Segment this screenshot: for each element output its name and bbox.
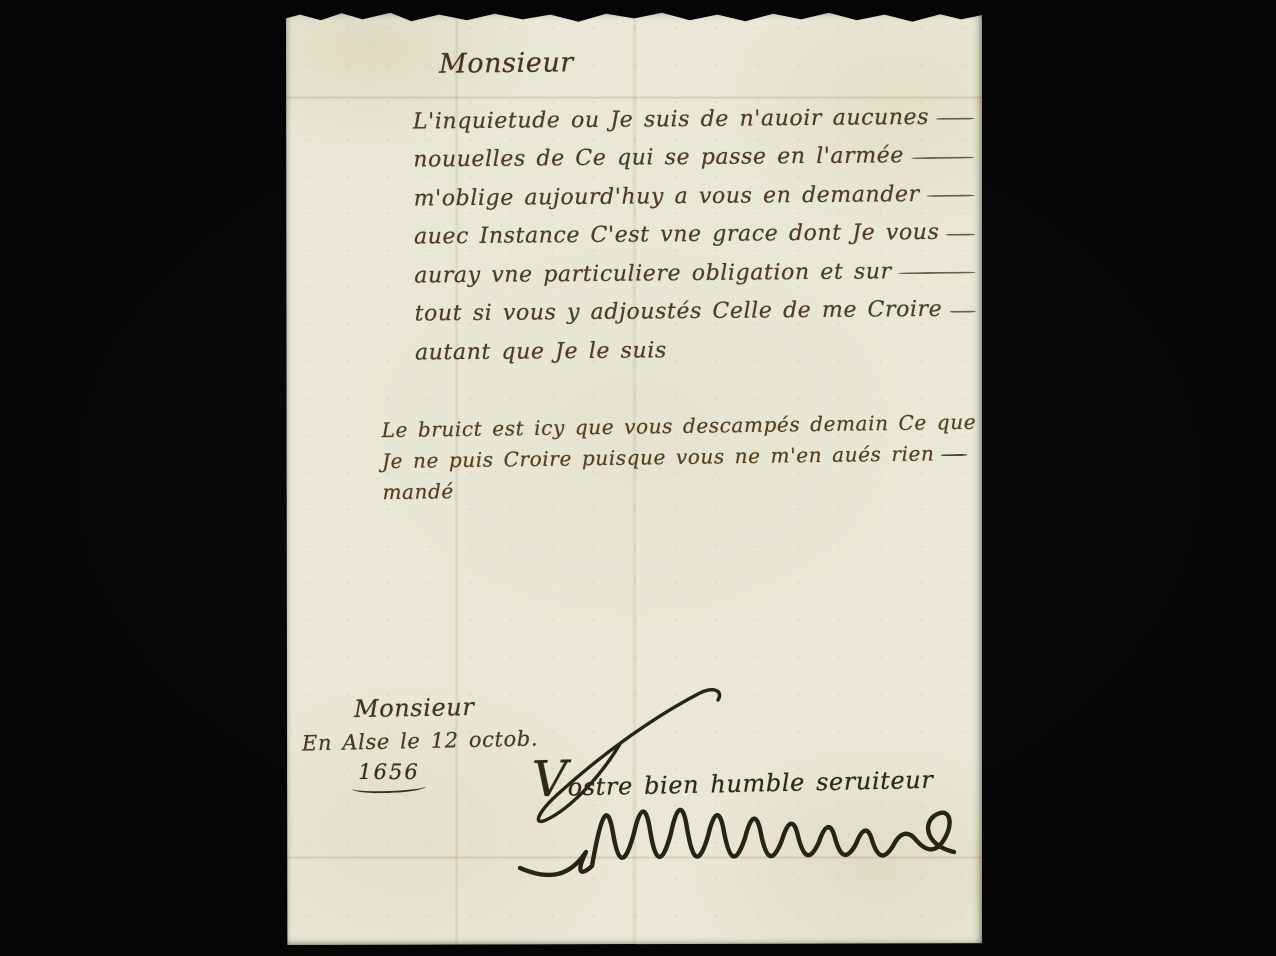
- line-filler-dash: [899, 272, 976, 275]
- body-line: auec Instance C'est vne grace dont Je vo…: [414, 213, 976, 256]
- body-line: tout si vous y adjoustés Celle de me Cro…: [415, 290, 977, 333]
- inside-address: Monsieur: [354, 693, 475, 723]
- postscript-line-text: Je ne puis Croire puisque vous ne m'en a…: [382, 441, 935, 473]
- line-filler-dash: [927, 195, 975, 198]
- line-filler-dash: [946, 233, 975, 235]
- body-line-text: auray vne particuliere obligation et sur: [414, 259, 892, 288]
- salutation: Monsieur: [439, 47, 574, 79]
- body-line-text: m'oblige aujourd'huy a vous en demander: [414, 182, 920, 211]
- signature-flourish: [514, 778, 966, 886]
- line-filler-dash: [936, 118, 974, 120]
- line-filler-dash: [941, 453, 967, 455]
- body-line: m'oblige aujourd'huy a vous en demander: [414, 175, 976, 218]
- letter-postscript-paragraph: Le bruict est icy que vous descampés dem…: [381, 406, 968, 507]
- body-line-text: nouuelles de Ce qui se passe en l'armée: [413, 143, 904, 172]
- letter-paper: Monsieur L'inquietude ou Je suis de n'au…: [286, 10, 982, 945]
- body-line-text: auec Instance C'est vne grace dont Je vo…: [414, 220, 940, 250]
- body-line: nouuelles de Ce qui se passe en l'armée: [413, 136, 975, 179]
- line-filler-dash: [911, 156, 974, 159]
- year-block: 1656: [352, 760, 426, 793]
- body-line-text: L'inquietude ou Je suis de n'auoir aucun…: [413, 105, 929, 135]
- postscript-line-text: mandé: [382, 479, 454, 504]
- body-line: autant que Je le suis: [415, 329, 977, 372]
- body-line-text: tout si vous y adjoustés Celle de me Cro…: [415, 297, 943, 327]
- letter-body-paragraph: L'inquietude ou Je suis de n'auoir aucun…: [413, 98, 977, 372]
- line-filler-dash: [949, 310, 975, 312]
- year-underline: [352, 781, 426, 795]
- postscript-line-text: Le bruict est icy que vous descampés dem…: [381, 409, 976, 441]
- body-line-text: autant que Je le suis: [415, 338, 667, 365]
- body-line: L'inquietude ou Je suis de n'auoir aucun…: [413, 98, 975, 141]
- scan-background: Monsieur L'inquietude ou Je suis de n'au…: [0, 0, 1276, 956]
- body-line: auray vne particuliere obligation et sur: [414, 252, 976, 295]
